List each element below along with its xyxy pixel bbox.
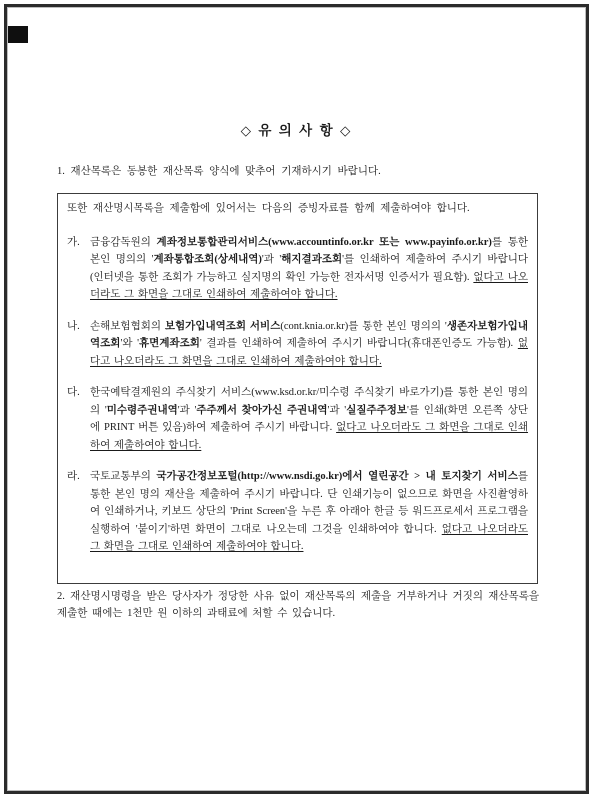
corner-mark: [8, 26, 28, 43]
list-item-label: 나.: [67, 318, 80, 336]
notice-box-intro: 또한 재산명시목록을 제출함에 있어서는 다음의 증빙자료를 함께 제출하여야 …: [67, 200, 528, 218]
instruction-item-1: 1. 재산목록은 동봉한 재산목록 양식에 맞추어 기재하시기 바랍니다.: [57, 163, 539, 178]
notice-list: 가.금융감독원의 계좌정보통합관리서비스(www.accountinfo.or.…: [67, 234, 528, 556]
notice-list-item: 가.금융감독원의 계좌정보통합관리서비스(www.accountinfo.or.…: [67, 234, 528, 304]
page-title: ◇ 유 의 사 항 ◇: [0, 119, 593, 139]
list-item-text: 손해보험협회의 보험가입내역조회 서비스(cont.knia.or.kr)를 통…: [90, 321, 528, 367]
list-item-label: 가.: [67, 234, 80, 252]
list-item-label: 다.: [67, 384, 80, 402]
instruction-item-2: 2. 재산명시명령을 받은 당사자가 정당한 사유 없이 재산목록의 제출을 거…: [57, 588, 539, 622]
list-item-label: 라.: [67, 468, 80, 486]
evidence-notice-box: 또한 재산명시목록을 제출함에 있어서는 다음의 증빙자료를 함께 제출하여야 …: [57, 193, 538, 584]
notice-list-item: 라.국토교통부의 국가공간정보포털(http://www.nsdi.go.kr)…: [67, 468, 528, 556]
list-item-text: 한국예탁결제원의 주식찾기 서비스(www.ksd.or.kr/미수령 주식찾기…: [90, 387, 528, 451]
list-item-text: 국토교통부의 국가공간정보포털(http://www.nsdi.go.kr)에서…: [90, 471, 528, 552]
list-item-text: 금융감독원의 계좌정보통합관리서비스(www.accountinfo.or.kr…: [90, 237, 528, 301]
notice-list-item: 다.한국예탁결제원의 주식찾기 서비스(www.ksd.or.kr/미수령 주식…: [67, 384, 528, 454]
notice-list-item: 나.손해보험협회의 보험가입내역조회 서비스(cont.knia.or.kr)를…: [67, 318, 528, 371]
